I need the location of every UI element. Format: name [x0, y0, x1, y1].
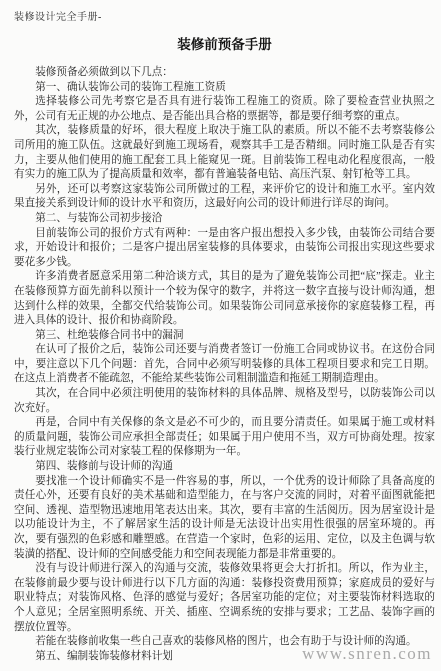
paragraph: 再是，合同中有关保修的条文是必不可少的，而且要分清责任。如果属于施工或材料的质量… — [14, 416, 435, 460]
paragraph: 目前装饰公司的报价方式有两种：一是由客户报出想投入多少钱，由装饰公司结合要求，开… — [14, 227, 435, 271]
document-page: 装修设计完全手册- 装修前预备手册 装修预备必须做到以下几点：第一、确认装饰公司… — [0, 0, 441, 664]
document-header: 装修设计完全手册- — [14, 8, 435, 23]
paragraph: 装修预备必须做到以下几点： — [14, 66, 435, 81]
paragraph: 其次，在合同中必须注明使用的装饰材料的具体品牌、规格及型号，以防装饰公司以次充好… — [14, 387, 435, 416]
paragraph: 没有与设计师进行深入的沟通与交流，装修效果将更会大打折扣。所以，作为业主，在装修… — [14, 562, 435, 635]
paragraph: 其次，装修质量的好坏，很大程度上取决于施工队的素质。所以不能不去考察装修公司所用… — [14, 124, 435, 182]
paragraph: 许多消费者愿意采用第二种洽谈方式，其目的是为了避免装饰公司把“底”探走。业主在装… — [14, 270, 435, 328]
paragraph: 另外，还可以考察这家装饰公司所做过的工程，来评价它的设计和施工水平。室内效果直接… — [14, 183, 435, 212]
paragraph: 要找准一个设计师确实不是一件容易的事，所以，一个优秀的设计师除了具备高度的责任心… — [14, 475, 435, 563]
page-title: 装修前预备手册 — [14, 33, 435, 53]
paragraph: 选择装修公司先考察它是否具有进行装饰工程施工的资质。除了要检查营业执照之外，公司… — [14, 95, 435, 124]
section-heading: 第三、杜绝装修合同书中的漏洞 — [14, 329, 435, 344]
document-body: 装修预备必须做到以下几点：第一、确认装饰公司的装饰工程施工资质选择装修公司先考察… — [14, 66, 435, 664]
section-heading: 第二、与装饰公司初步接洽 — [14, 212, 435, 227]
watermark: www.snren.com — [302, 644, 432, 664]
section-heading: 第一、确认装饰公司的装饰工程施工资质 — [14, 81, 435, 96]
paragraph: 在认可了报价之后，装饰公司还要与消费者签订一份施工合同或协议书。在这份合同中，要… — [14, 343, 435, 387]
section-heading: 第四、装修前与设计师的沟通 — [14, 460, 435, 475]
